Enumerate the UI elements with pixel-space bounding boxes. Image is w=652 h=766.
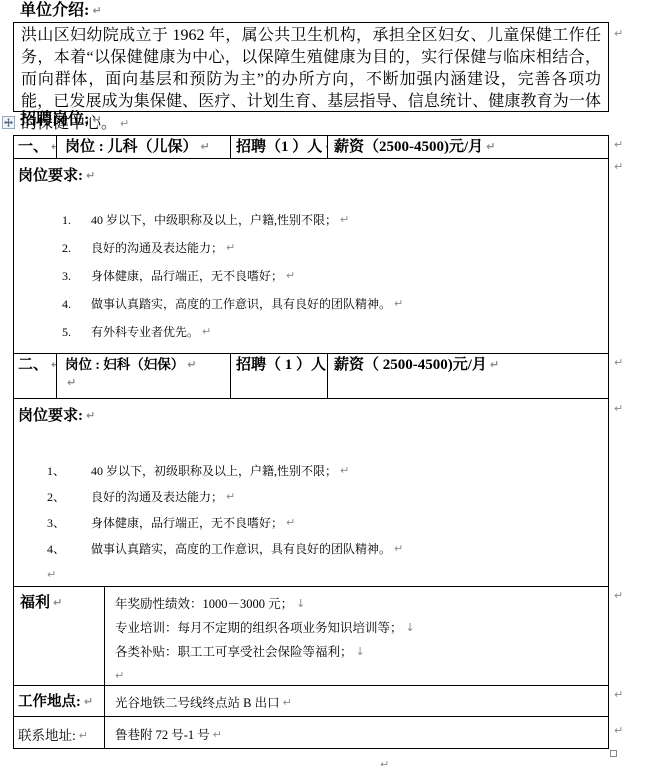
welfare-line-text: 各类补贴：职工工可享受社会保险等福利；: [115, 645, 353, 659]
position1-title: 岗位 : 儿科（儿保）: [65, 139, 198, 155]
item-number: 3.: [62, 268, 91, 284]
item-number: 4.: [62, 296, 91, 312]
pilcrow-mark: ↵: [614, 356, 623, 369]
work-location-row: 工作地点:↵ 光谷地铁二号线终点站 B 出口↵: [14, 685, 608, 716]
pilcrow-mark: ↵: [380, 758, 389, 766]
item-text: 身体健康，品行端正，无不良嗜好；: [91, 515, 283, 531]
list-item: 2、良好的沟通及表达能力；↵: [14, 489, 608, 505]
pilcrow-mark: ↵: [614, 402, 623, 415]
position2-title-cell: 岗位 : 妇科（妇保）↵ ↵: [56, 354, 230, 398]
position2-salary: 薪资（ 2500-4500)元/月: [334, 357, 487, 373]
item-text: 身体健康，品行端正，无不良嗜好；: [91, 268, 283, 284]
pilcrow-mark: ↵: [394, 296, 403, 312]
position2-req-title: 岗位要求:↵: [14, 399, 608, 425]
recruitment-table: 一、↵ 岗位 : 儿科（儿保）↵ 招聘（1 ）人↵ 薪资（2500-4500)元…: [13, 135, 609, 749]
pilcrow-mark: ↵: [614, 160, 623, 173]
work-location-label: 工作地点:: [18, 694, 81, 710]
intro-box: 洪山区妇幼院成立于 1962 年，属公共卫生机构，承担全区妇女、儿童保健工作任务…: [13, 22, 609, 112]
welfare-line: 专业培训：每月不定期的组织各项业务知识培训等；↓: [115, 616, 608, 640]
position2-requirements-cell: 岗位要求:↵ 1、40 岁以下，初级职称及以上，户籍,性别不限；↵ 2、良好的沟…: [14, 399, 608, 586]
contact-address-value: 鲁巷附 72 号-1 号: [115, 728, 210, 742]
pilcrow-mark: ↵: [340, 463, 349, 479]
list-item: 3.身体健康，品行端正，无不良嗜好；↵: [14, 268, 608, 284]
position1-header-row: 一、↵ 岗位 : 儿科（儿保）↵ 招聘（1 ）人↵ 薪资（2500-4500)元…: [14, 136, 608, 158]
position2-headcount: 招聘（ 1 ）人: [236, 357, 326, 373]
table-move-handle-icon[interactable]: [2, 116, 15, 129]
item-number: 4、: [47, 541, 91, 557]
pilcrow-mark: ↵: [84, 695, 93, 708]
position2-title: 岗位 : 妇科（妇保）: [65, 357, 184, 372]
pilcrow-mark: ↵: [286, 515, 295, 531]
position2-title-line: 岗位 : 妇科（妇保）↵: [65, 355, 230, 374]
pilcrow-mark: ↵: [614, 688, 623, 701]
jobs-title-text: 招聘岗位:: [20, 111, 89, 128]
item-text: 40 岁以下，初级职称及以上，户籍,性别不限；: [91, 463, 337, 479]
contact-address-label-cell: 联系地址:↵: [14, 717, 104, 748]
list-item: 4.做事认真踏实，高度的工作意识，具有良好的团队精神。↵: [14, 296, 608, 312]
pilcrow-mark: ↵: [86, 409, 95, 422]
item-text: 有外科专业者优先。: [91, 324, 199, 340]
welfare-label: 福利: [20, 595, 50, 611]
position2-index-cell: 二、↵: [14, 354, 56, 398]
pilcrow-mark: ↵: [340, 212, 349, 228]
position2-index: 二、: [18, 357, 48, 373]
pilcrow-mark: ↵: [614, 27, 623, 40]
welfare-line-text: 专业培训：每月不定期的组织各项业务知识培训等；: [115, 621, 403, 635]
list-item: 1、40 岁以下，初级职称及以上，户籍,性别不限；↵: [14, 463, 608, 479]
pilcrow-mark: ↵: [286, 268, 295, 284]
pilcrow-mark: ↵: [120, 117, 129, 130]
item-text: 做事认真踏实，高度的工作意识，具有良好的团队精神。: [91, 296, 391, 312]
item-text: 做事认真踏实，高度的工作意识，具有良好的团队精神。: [91, 541, 391, 557]
pilcrow-mark: ↵: [213, 728, 222, 741]
item-number: 2、: [47, 489, 91, 505]
item-number: 5.: [62, 324, 91, 340]
req-title-text: 岗位要求:: [18, 408, 83, 424]
item-number: 1.: [62, 212, 91, 228]
pilcrow-mark: ↵: [86, 169, 95, 182]
position1-requirements-cell: 岗位要求:↵ 1.40 岁以下，中级职称及以上，户籍,性别不限；↵ 2.良好的沟…: [14, 159, 608, 353]
position1-headcount-cell: 招聘（1 ）人↵: [230, 136, 327, 158]
pilcrow-mark: ↵: [614, 589, 623, 602]
welfare-line: 年奖励性绩效：1000－3000 元；↓: [115, 592, 608, 616]
contact-address-label: 联系地址:: [18, 728, 76, 743]
position2-salary-cell: 薪资（ 2500-4500)元/月↵: [327, 354, 608, 398]
pilcrow-mark: ↵: [79, 729, 88, 742]
pilcrow-mark: ↵: [47, 568, 56, 581]
pilcrow-mark: ↵: [92, 4, 101, 17]
pilcrow-mark: ↵: [226, 240, 235, 256]
item-number: 1、: [47, 463, 91, 479]
list-item: 2.良好的沟通及表达能力；↵: [14, 240, 608, 256]
intro-title-text: 单位介绍:: [20, 2, 89, 19]
pilcrow-mark: ↵: [394, 541, 403, 557]
pilcrow-mark: ↵: [201, 140, 210, 153]
position1-salary: 薪资（2500-4500)元/月: [334, 139, 483, 155]
pilcrow-mark: ↵: [53, 596, 62, 609]
item-text: 良好的沟通及表达能力；: [91, 240, 223, 256]
position1-index-cell: 一、↵: [14, 136, 56, 158]
work-location-label-cell: 工作地点:↵: [14, 686, 104, 716]
position1-requirements-row: 岗位要求:↵ 1.40 岁以下，中级职称及以上，户籍,性别不限；↵ 2.良好的沟…: [14, 158, 608, 353]
pilcrow-mark: ↵: [202, 324, 211, 340]
position2-requirements-row: 岗位要求:↵ 1、40 岁以下，初级职称及以上，户籍,性别不限；↵ 2、良好的沟…: [14, 398, 608, 586]
position1-index: 一、: [18, 139, 48, 155]
position1-title-cell: 岗位 : 儿科（儿保）↵: [56, 136, 230, 158]
list-item: 3、身体健康，品行端正，无不良嗜好；↵: [14, 515, 608, 531]
req-title-text: 岗位要求:: [18, 168, 83, 184]
item-number: 3、: [47, 515, 91, 531]
pilcrow-mark: ↵: [614, 724, 623, 737]
position2-header-row: 二、↵ 岗位 : 妇科（妇保）↵ ↵ 招聘（ 1 ）人↵ 薪资（ 2500-45…: [14, 353, 608, 398]
welfare-line: 各类补贴：职工工可享受社会保险等福利；↓: [115, 640, 608, 664]
welfare-label-cell: 福利↵: [14, 587, 104, 685]
welfare-line-text: 年奖励性绩效：1000－3000 元；: [115, 597, 293, 611]
empty-line: ↵: [14, 567, 608, 583]
pilcrow-mark: ↵: [67, 376, 76, 389]
four-way-arrow-icon: [4, 118, 13, 127]
contact-address-row: 联系地址:↵ 鲁巷附 72 号-1 号↵: [14, 716, 608, 748]
line-break-mark: ↓: [296, 597, 305, 610]
position1-req-title: 岗位要求:↵: [14, 159, 608, 185]
pilcrow-mark: ↵: [614, 138, 623, 151]
work-location-value-cell: 光谷地铁二号线终点站 B 出口↵: [104, 686, 608, 716]
position1-salary-cell: 薪资（2500-4500)元/月↵: [327, 136, 608, 158]
jobs-section-title: 招聘岗位:↵: [20, 111, 102, 129]
line-break-mark: ↓: [406, 621, 415, 634]
line-break-mark: ↓: [356, 645, 365, 658]
item-text: 40 岁以下，中级职称及以上，户籍,性别不限；: [91, 212, 337, 228]
position1-req-list: 1.40 岁以下，中级职称及以上，户籍,性别不限；↵ 2.良好的沟通及表达能力；…: [14, 212, 608, 340]
pilcrow-mark: ↵: [283, 696, 292, 709]
table-resize-handle[interactable]: [610, 750, 617, 757]
item-number: 2.: [62, 240, 91, 256]
pilcrow-mark: ↵: [187, 358, 196, 371]
welfare-content-cell: 年奖励性绩效：1000－3000 元；↓ 专业培训：每月不定期的组织各项业务知识…: [104, 587, 608, 685]
pilcrow-mark: ↵: [92, 113, 101, 126]
pilcrow-mark: ↵: [115, 669, 124, 682]
work-location-value: 光谷地铁二号线终点站 B 出口: [115, 696, 280, 710]
welfare-row: 福利↵ 年奖励性绩效：1000－3000 元；↓ 专业培训：每月不定期的组织各项…: [14, 586, 608, 685]
list-item: 1.40 岁以下，中级职称及以上，户籍,性别不限；↵: [14, 212, 608, 228]
contact-address-value-cell: 鲁巷附 72 号-1 号↵: [104, 717, 608, 748]
pilcrow-mark: ↵: [490, 358, 499, 371]
intro-text: 洪山区妇幼院成立于 1962 年，属公共卫生机构，承担全区妇女、儿童保健工作任务…: [21, 27, 601, 132]
list-item: 5.有外科专业者优先。↵: [14, 324, 608, 340]
position2-title-empty-line: ↵: [65, 374, 230, 392]
pilcrow-mark: ↵: [226, 489, 235, 505]
intro-section-title: 单位介绍:↵: [20, 2, 102, 20]
item-text: 良好的沟通及表达能力；: [91, 489, 223, 505]
position2-headcount-cell: 招聘（ 1 ）人↵: [230, 354, 327, 398]
list-item: 4、做事认真踏实，高度的工作意识，具有良好的团队精神。↵: [14, 541, 608, 557]
position1-headcount: 招聘（1 ）人: [236, 139, 322, 155]
position2-req-list: 1、40 岁以下，初级职称及以上，户籍,性别不限；↵ 2、良好的沟通及表达能力；…: [14, 463, 608, 583]
pilcrow-mark: ↵: [486, 140, 495, 153]
